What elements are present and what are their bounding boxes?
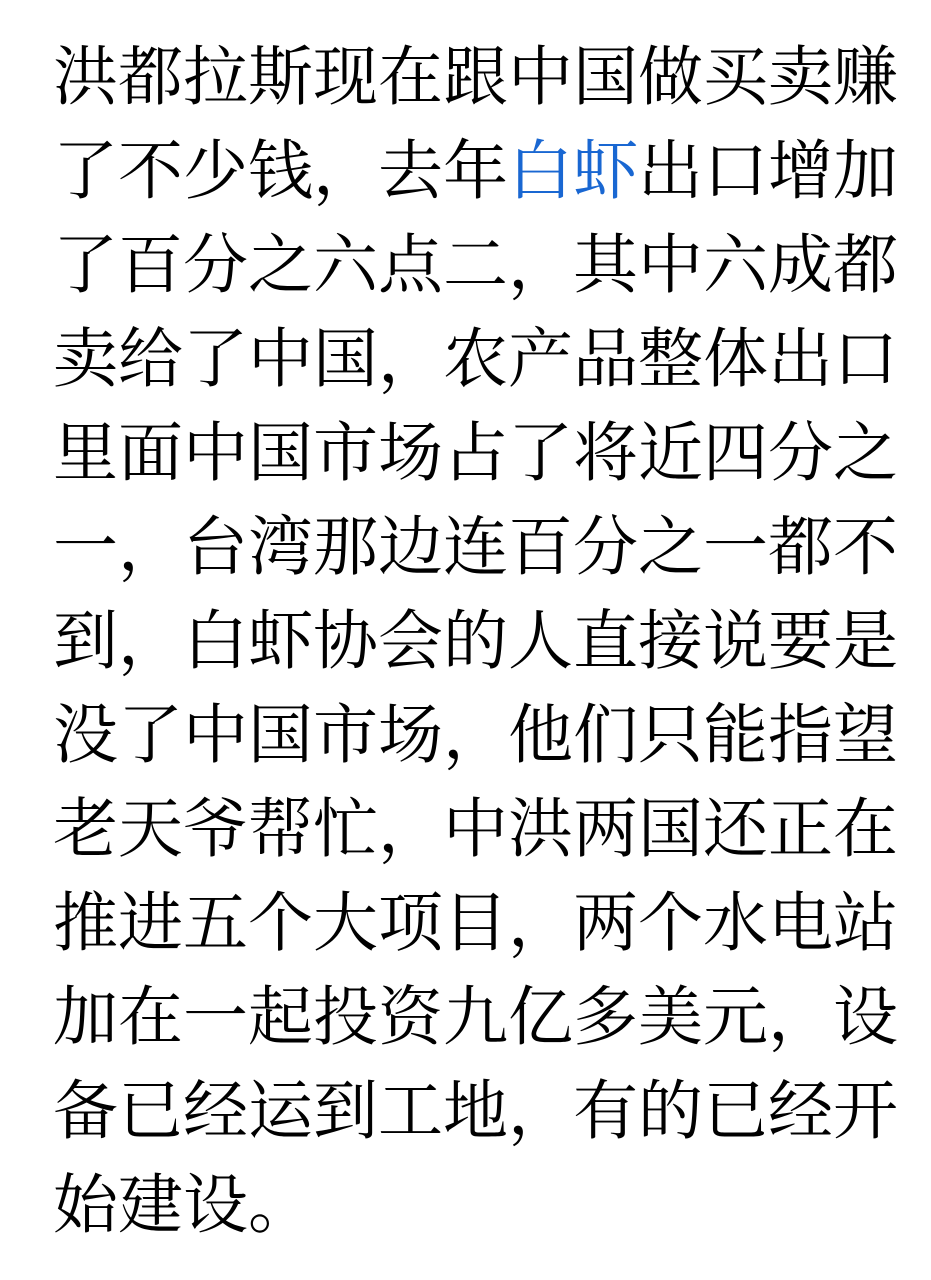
text-segment: 始建设。	[53, 1168, 313, 1241]
text-line: 了百分之六点二，其中六成都	[53, 218, 901, 312]
text-line: 加在一起投资九亿多美元，设	[53, 970, 901, 1064]
text-segment: 没了中国市场，他们只能指望	[53, 698, 898, 771]
text-segment: 卖给了中国，农产品整体出口	[53, 322, 898, 395]
text-line: 始建设。	[53, 1158, 901, 1252]
text-segment: 洪都拉斯现在跟中国做买卖赚	[53, 40, 898, 113]
text-segment: 一，台湾那边连百分之一都不	[53, 510, 898, 583]
paragraph: 洪都拉斯现在跟中国做买卖赚了不少钱，去年白虾出口增加了百分之六点二，其中六成都卖…	[53, 30, 901, 1252]
article-page: 洪都拉斯现在跟中国做买卖赚了不少钱，去年白虾出口增加了百分之六点二，其中六成都卖…	[0, 0, 931, 1280]
text-line: 里面中国市场占了将近四分之	[53, 406, 901, 500]
text-line: 一，台湾那边连百分之一都不	[53, 500, 901, 594]
text-segment: 了不少钱，去年	[53, 134, 508, 207]
text-segment: 加在一起投资九亿多美元，设	[53, 980, 898, 1053]
baixia-link[interactable]: 白虾	[508, 134, 638, 207]
text-line: 卖给了中国，农产品整体出口	[53, 312, 901, 406]
text-segment: 老天爷帮忙，中洪两国还正在	[53, 792, 898, 865]
text-line: 备已经运到工地，有的已经开	[53, 1064, 901, 1158]
text-segment: 到，白虾协会的人直接说要是	[53, 604, 898, 677]
text-line: 没了中国市场，他们只能指望	[53, 688, 901, 782]
text-line: 了不少钱，去年白虾出口增加	[53, 124, 901, 218]
text-segment: 了百分之六点二，其中六成都	[53, 228, 898, 301]
text-segment: 里面中国市场占了将近四分之	[53, 416, 898, 489]
text-line: 洪都拉斯现在跟中国做买卖赚	[53, 30, 901, 124]
text-segment: 备已经运到工地，有的已经开	[53, 1074, 898, 1147]
text-segment: 出口增加	[638, 134, 898, 207]
text-line: 推进五个大项目，两个水电站	[53, 876, 901, 970]
text-segment: 推进五个大项目，两个水电站	[53, 886, 898, 959]
text-line: 老天爷帮忙，中洪两国还正在	[53, 782, 901, 876]
text-line: 到，白虾协会的人直接说要是	[53, 594, 901, 688]
